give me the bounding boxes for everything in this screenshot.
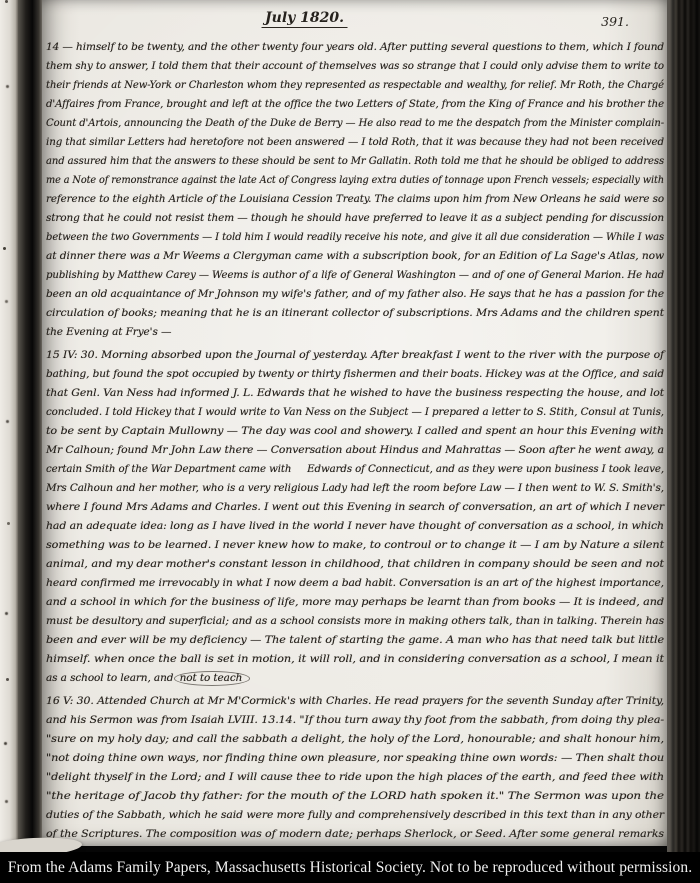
manuscript-line: them shy to answer, I told them that the… bbox=[46, 57, 664, 76]
manuscript-line: circulation of books; meaning that he is… bbox=[46, 304, 664, 323]
diary-entry: 15 IV: 30. Morning absorbed upon the Jou… bbox=[46, 346, 664, 688]
manuscript-line: reference to the eighth Article of the L… bbox=[46, 190, 664, 209]
manuscript-line: heard confirmed me irrevocably in what I… bbox=[46, 574, 664, 593]
manuscript-line: Count d'Artois, announcing the Death of … bbox=[46, 114, 664, 133]
manuscript-line: been an old acquaintance of Mr Johnson m… bbox=[46, 285, 664, 304]
manuscript-line: duties of the Sabbath, which he said wer… bbox=[46, 806, 664, 825]
caption-text: From the Adams Family Papers, Massachuse… bbox=[8, 859, 692, 877]
manuscript-line: me a Note of remonstrance against the la… bbox=[46, 171, 664, 190]
manuscript-line: and his Sermon was from Isaiah LVIII. 13… bbox=[46, 711, 664, 730]
manuscript-line: and a school in which for the business o… bbox=[46, 593, 664, 612]
date-heading: July 1820. bbox=[261, 10, 348, 28]
manuscript-line: of the Scriptures. The composition was o… bbox=[46, 825, 664, 844]
manuscript-page: July 1820. 391. 14 — himself to be twent… bbox=[42, 0, 667, 846]
page-header: July 1820. 391. bbox=[42, 10, 667, 36]
manuscript-line: that Genl. Van Ness had informed J. L. E… bbox=[46, 384, 664, 403]
manuscript-line: had an adequate idea: long as I have liv… bbox=[46, 517, 664, 536]
manuscript-line: between the two Governments — I told him… bbox=[46, 228, 664, 247]
manuscript-line: something was to be learned. I never kne… bbox=[46, 536, 664, 555]
manuscript-line: certain Smith of the War Department came… bbox=[46, 460, 664, 479]
diary-entry: 14 — himself to be twenty, and the other… bbox=[46, 38, 664, 342]
manuscript-line: "not doing thine own ways, nor finding t… bbox=[46, 749, 664, 768]
manuscript-line: 15 IV: 30. Morning absorbed upon the Jou… bbox=[46, 346, 664, 365]
manuscript-line: ing that similar Letters had heretofore … bbox=[46, 133, 664, 152]
page-number: 391. bbox=[601, 14, 629, 29]
manuscript-line: strong that he could not resist them — t… bbox=[46, 209, 664, 228]
manuscript-line: "delight thyself in the Lord; and I will… bbox=[46, 768, 664, 787]
manuscript-line: Mr Calhoun; found Mr John Law there — Co… bbox=[46, 441, 664, 460]
manuscript-line: himself. when once the ball is set in mo… bbox=[46, 650, 664, 669]
manuscript-line: Mrs Calhoun and her mother, who is a ver… bbox=[46, 479, 664, 498]
manuscript-line: as a school to learn, and not to teach bbox=[46, 669, 664, 688]
facing-page-edge bbox=[0, 0, 18, 846]
book-gutter bbox=[18, 0, 44, 852]
manuscript-line: to be sent by Captain Mullowny — The day… bbox=[46, 422, 664, 441]
manuscript-line: 14 — himself to be twenty, and the other… bbox=[46, 38, 664, 57]
manuscript-line: "sure on my holy day; and call the sabba… bbox=[46, 730, 664, 749]
diary-entry: 16 V: 30. Attended Church at Mr M'Cormic… bbox=[46, 692, 664, 844]
manuscript-photo: July 1820. 391. 14 — himself to be twent… bbox=[0, 0, 700, 852]
manuscript-line: 16 V: 30. Attended Church at Mr M'Cormic… bbox=[46, 692, 664, 711]
manuscript-line: publishing by Matthew Carey — Weems is a… bbox=[46, 266, 664, 285]
manuscript-line: their friends at New-York or Charleston … bbox=[46, 76, 664, 95]
manuscript-line: bathing, but found the spot occupied by … bbox=[46, 365, 664, 384]
manuscript-line: must be desultory and superficial; and a… bbox=[46, 612, 664, 631]
book-page-edges bbox=[667, 0, 700, 852]
manuscript-line: "the heritage of Jacob thy father: for t… bbox=[46, 787, 664, 806]
manuscript-line: concluded. I told Hickey that I would wr… bbox=[46, 403, 664, 422]
manuscript-line: d'Affaires from France, brought and left… bbox=[46, 95, 664, 114]
manuscript-body: 14 — himself to be twenty, and the other… bbox=[46, 38, 664, 844]
caption-band: From the Adams Family Papers, Massachuse… bbox=[0, 852, 700, 883]
manuscript-line: the Evening at Frye's — bbox=[46, 323, 664, 342]
manuscript-line: been and ever will be my deficiency — Th… bbox=[46, 631, 664, 650]
manuscript-line: and assured him that the answers to thes… bbox=[46, 152, 664, 171]
circled-phrase: not to teach bbox=[174, 671, 251, 686]
manuscript-line: where I found Mrs Adams and Charles. I w… bbox=[46, 498, 664, 517]
manuscript-line: animal, and my dear mother's constant le… bbox=[46, 555, 664, 574]
manuscript-line: at dinner there was a Mr Weems a Clergym… bbox=[46, 247, 664, 266]
